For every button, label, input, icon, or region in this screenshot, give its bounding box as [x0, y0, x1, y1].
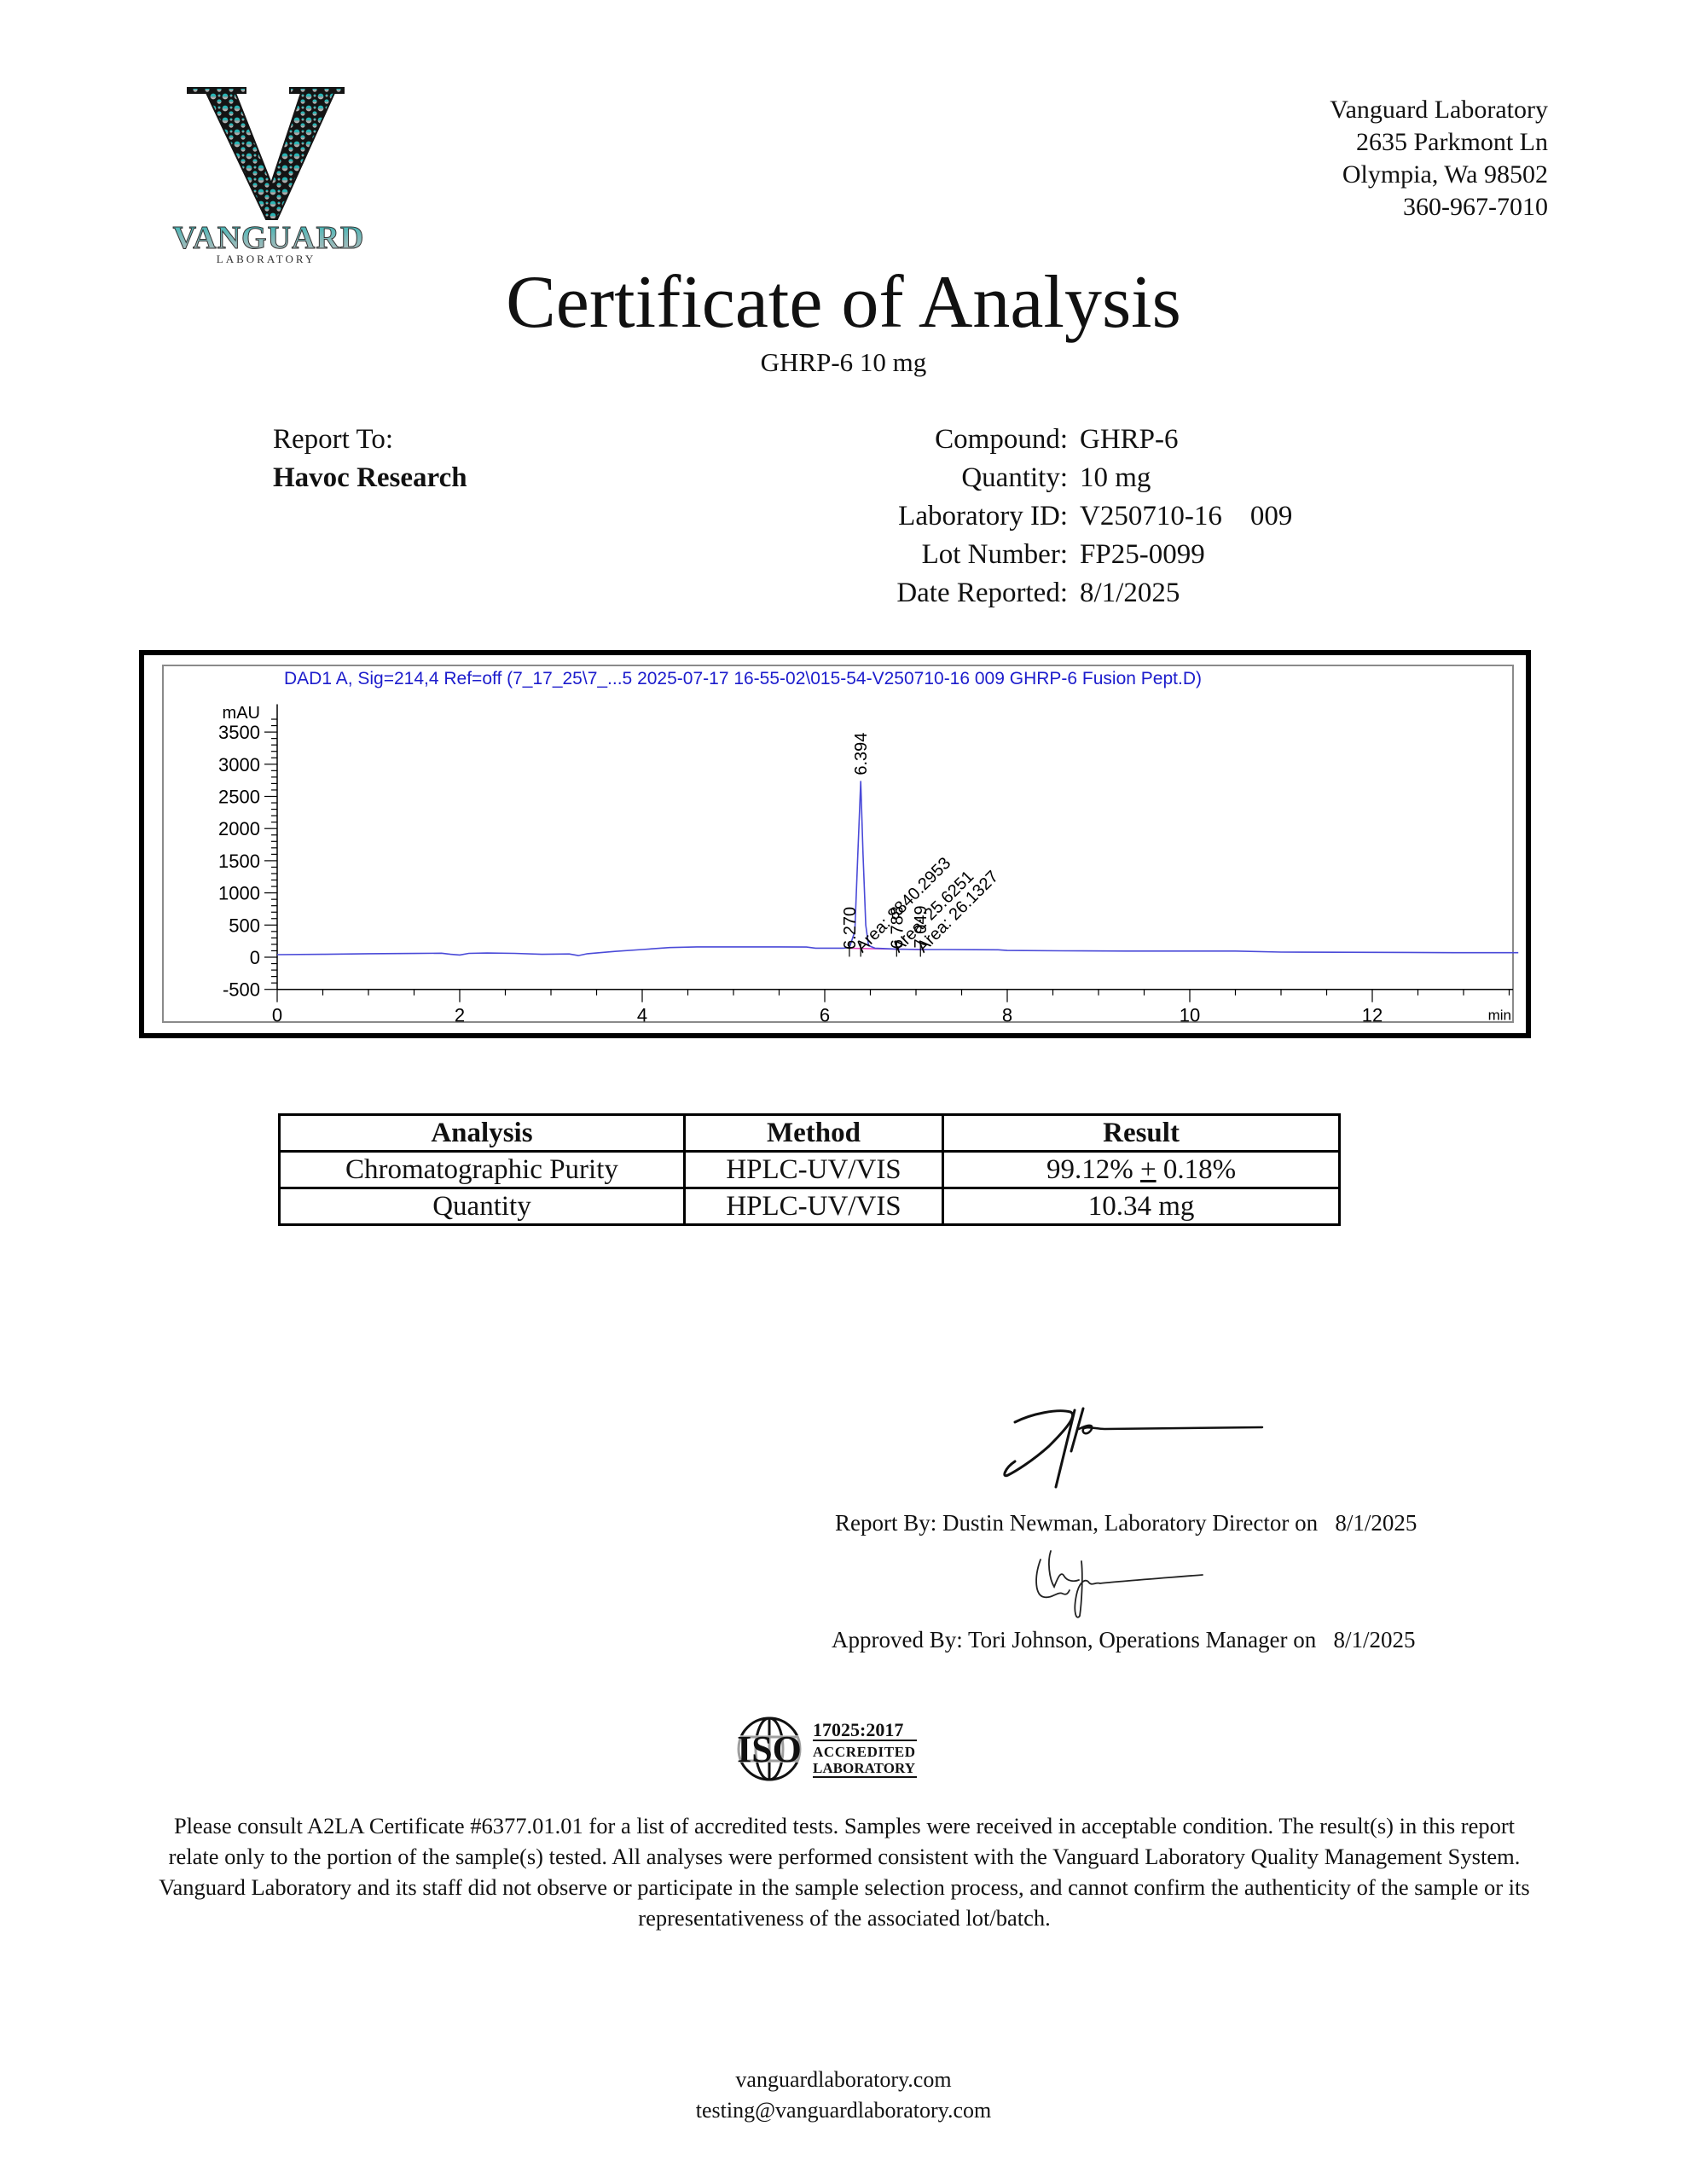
logo-v-mark	[188, 88, 344, 219]
info-label: Lot Number:	[768, 536, 1068, 574]
y-tick-label: 0	[250, 947, 260, 968]
x-tick-label: 8	[1002, 1005, 1012, 1026]
sample-info: Compound: GHRP-6 Quantity: 10 mg Laborat…	[768, 421, 1292, 613]
plus-minus-sign: +	[1140, 1154, 1157, 1185]
y-axis-label: mAU	[223, 704, 260, 723]
chromatogram: DAD1 A, Sig=214,4 Ref=off (7_17_25\7_...…	[144, 655, 1526, 1033]
table-row: Chromatographic Purity HPLC-UV/VIS 99.12…	[280, 1152, 1340, 1188]
iso-line2: LABORATORY	[813, 1760, 915, 1776]
client-name: Havoc Research	[273, 459, 467, 497]
y-tick-label: 500	[229, 915, 260, 936]
cell-analysis: Quantity	[280, 1188, 685, 1225]
info-row-compound: Compound: GHRP-6	[768, 421, 1292, 459]
x-tick-label: 2	[455, 1005, 465, 1026]
lab-address: Vanguard Laboratory 2635 Parkmont Ln Oly…	[1330, 94, 1548, 224]
results-table: Analysis Method Result Chromatographic P…	[278, 1113, 1341, 1226]
y-tick-label: 3000	[218, 754, 260, 775]
report-to: Report To: Havoc Research	[273, 421, 467, 497]
lab-street: 2635 Parkmont Ln	[1330, 126, 1548, 159]
table-header-row: Analysis Method Result	[280, 1115, 1340, 1152]
x-tick-label: 4	[637, 1005, 647, 1026]
cell-method: HPLC-UV/VIS	[684, 1188, 942, 1225]
table-row: Quantity HPLC-UV/VIS 10.34 mg	[280, 1188, 1340, 1225]
chromatogram-frame: DAD1 A, Sig=214,4 Ref=off (7_17_25\7_...…	[139, 650, 1531, 1038]
result-value: 99.12%	[1046, 1154, 1140, 1185]
chart-title: DAD1 A, Sig=214,4 Ref=off (7_17_25\7_...…	[284, 669, 1202, 688]
lab-city: Olympia, Wa 98502	[1330, 159, 1548, 191]
y-tick-label: 1000	[218, 883, 260, 904]
page-subtitle: GHRP-6 10 mg	[0, 346, 1687, 380]
lab-name: Vanguard Laboratory	[1330, 94, 1548, 126]
info-value: 10 mg	[1068, 459, 1151, 497]
y-tick-label: -500	[223, 979, 260, 1001]
info-label: Date Reported:	[768, 574, 1068, 613]
x-tick-label: 6	[820, 1005, 830, 1026]
cell-result: 10.34 mg	[943, 1188, 1340, 1225]
result-uncertainty: 0.18%	[1157, 1154, 1237, 1185]
y-tick-label: 1500	[218, 851, 260, 872]
email-link[interactable]: testing@vanguardlaboratory.com	[0, 2095, 1687, 2126]
manager-signature	[1032, 1544, 1220, 1621]
iso-standard: 17025:2017	[813, 1719, 903, 1740]
approved-by-date: 8/1/2025	[1334, 1627, 1416, 1653]
info-label: Quantity:	[768, 459, 1068, 497]
report-by-date: 8/1/2025	[1335, 1510, 1417, 1536]
info-row-lab-id: Laboratory ID: V250710-16 009	[768, 497, 1292, 536]
col-header-method: Method	[684, 1115, 942, 1152]
cell-analysis: Chromatographic Purity	[280, 1152, 685, 1188]
info-row-date: Date Reported: 8/1/2025	[768, 574, 1292, 613]
y-tick-label: 2500	[218, 787, 260, 808]
x-tick-label: 0	[272, 1005, 282, 1026]
y-tick-label: 2000	[218, 818, 260, 839]
approved-by-text: Approved By: Tori Johnson, Operations Ma…	[832, 1627, 1316, 1653]
footer: vanguardlaboratory.com testing@vanguardl…	[0, 2065, 1687, 2126]
info-value: GHRP-6	[1068, 421, 1179, 459]
approved-by-line: Approved By: Tori Johnson, Operations Ma…	[832, 1625, 1416, 1654]
cell-result: 99.12% + 0.18%	[943, 1152, 1340, 1188]
report-to-label: Report To:	[273, 421, 467, 459]
x-tick-label: 12	[1362, 1005, 1383, 1026]
vanguard-logo: VANGUARD LABORATORY	[162, 81, 375, 269]
col-header-analysis: Analysis	[280, 1115, 685, 1152]
info-value: V250710-16 009	[1068, 497, 1292, 536]
iso-mark: ISO	[737, 1728, 802, 1770]
page-title: Certificate of Analysis	[0, 260, 1687, 346]
cell-method: HPLC-UV/VIS	[684, 1152, 942, 1188]
disclaimer: Please consult A2LA Certificate #6377.01…	[154, 1810, 1535, 1933]
info-value: 8/1/2025	[1068, 574, 1180, 613]
peak-rt-label: 6.394	[852, 733, 871, 775]
info-row-lot: Lot Number: FP25-0099	[768, 536, 1292, 574]
y-tick-label: 3500	[218, 722, 260, 743]
plot-border	[163, 665, 1513, 1022]
website-link[interactable]: vanguardlaboratory.com	[0, 2065, 1687, 2095]
x-axis-label: min	[1488, 1008, 1511, 1024]
lab-phone: 360-967-7010	[1330, 191, 1548, 224]
x-tick-label: 10	[1180, 1005, 1200, 1026]
director-signature	[998, 1403, 1271, 1489]
col-header-result: Result	[943, 1115, 1340, 1152]
iso-line1: ACCREDITED	[813, 1744, 915, 1760]
info-label: Compound:	[768, 421, 1068, 459]
iso-accreditation-badge: ISO 17025:2017 ACCREDITED LABORATORY	[725, 1713, 921, 1785]
info-label: Laboratory ID:	[768, 497, 1068, 536]
info-row-quantity: Quantity: 10 mg	[768, 459, 1292, 497]
logo-name: VANGUARD	[173, 220, 365, 256]
report-by-text: Report By: Dustin Newman, Laboratory Dir…	[835, 1510, 1318, 1536]
report-by-line: Report By: Dustin Newman, Laboratory Dir…	[835, 1508, 1417, 1537]
info-value: FP25-0099	[1068, 536, 1205, 574]
